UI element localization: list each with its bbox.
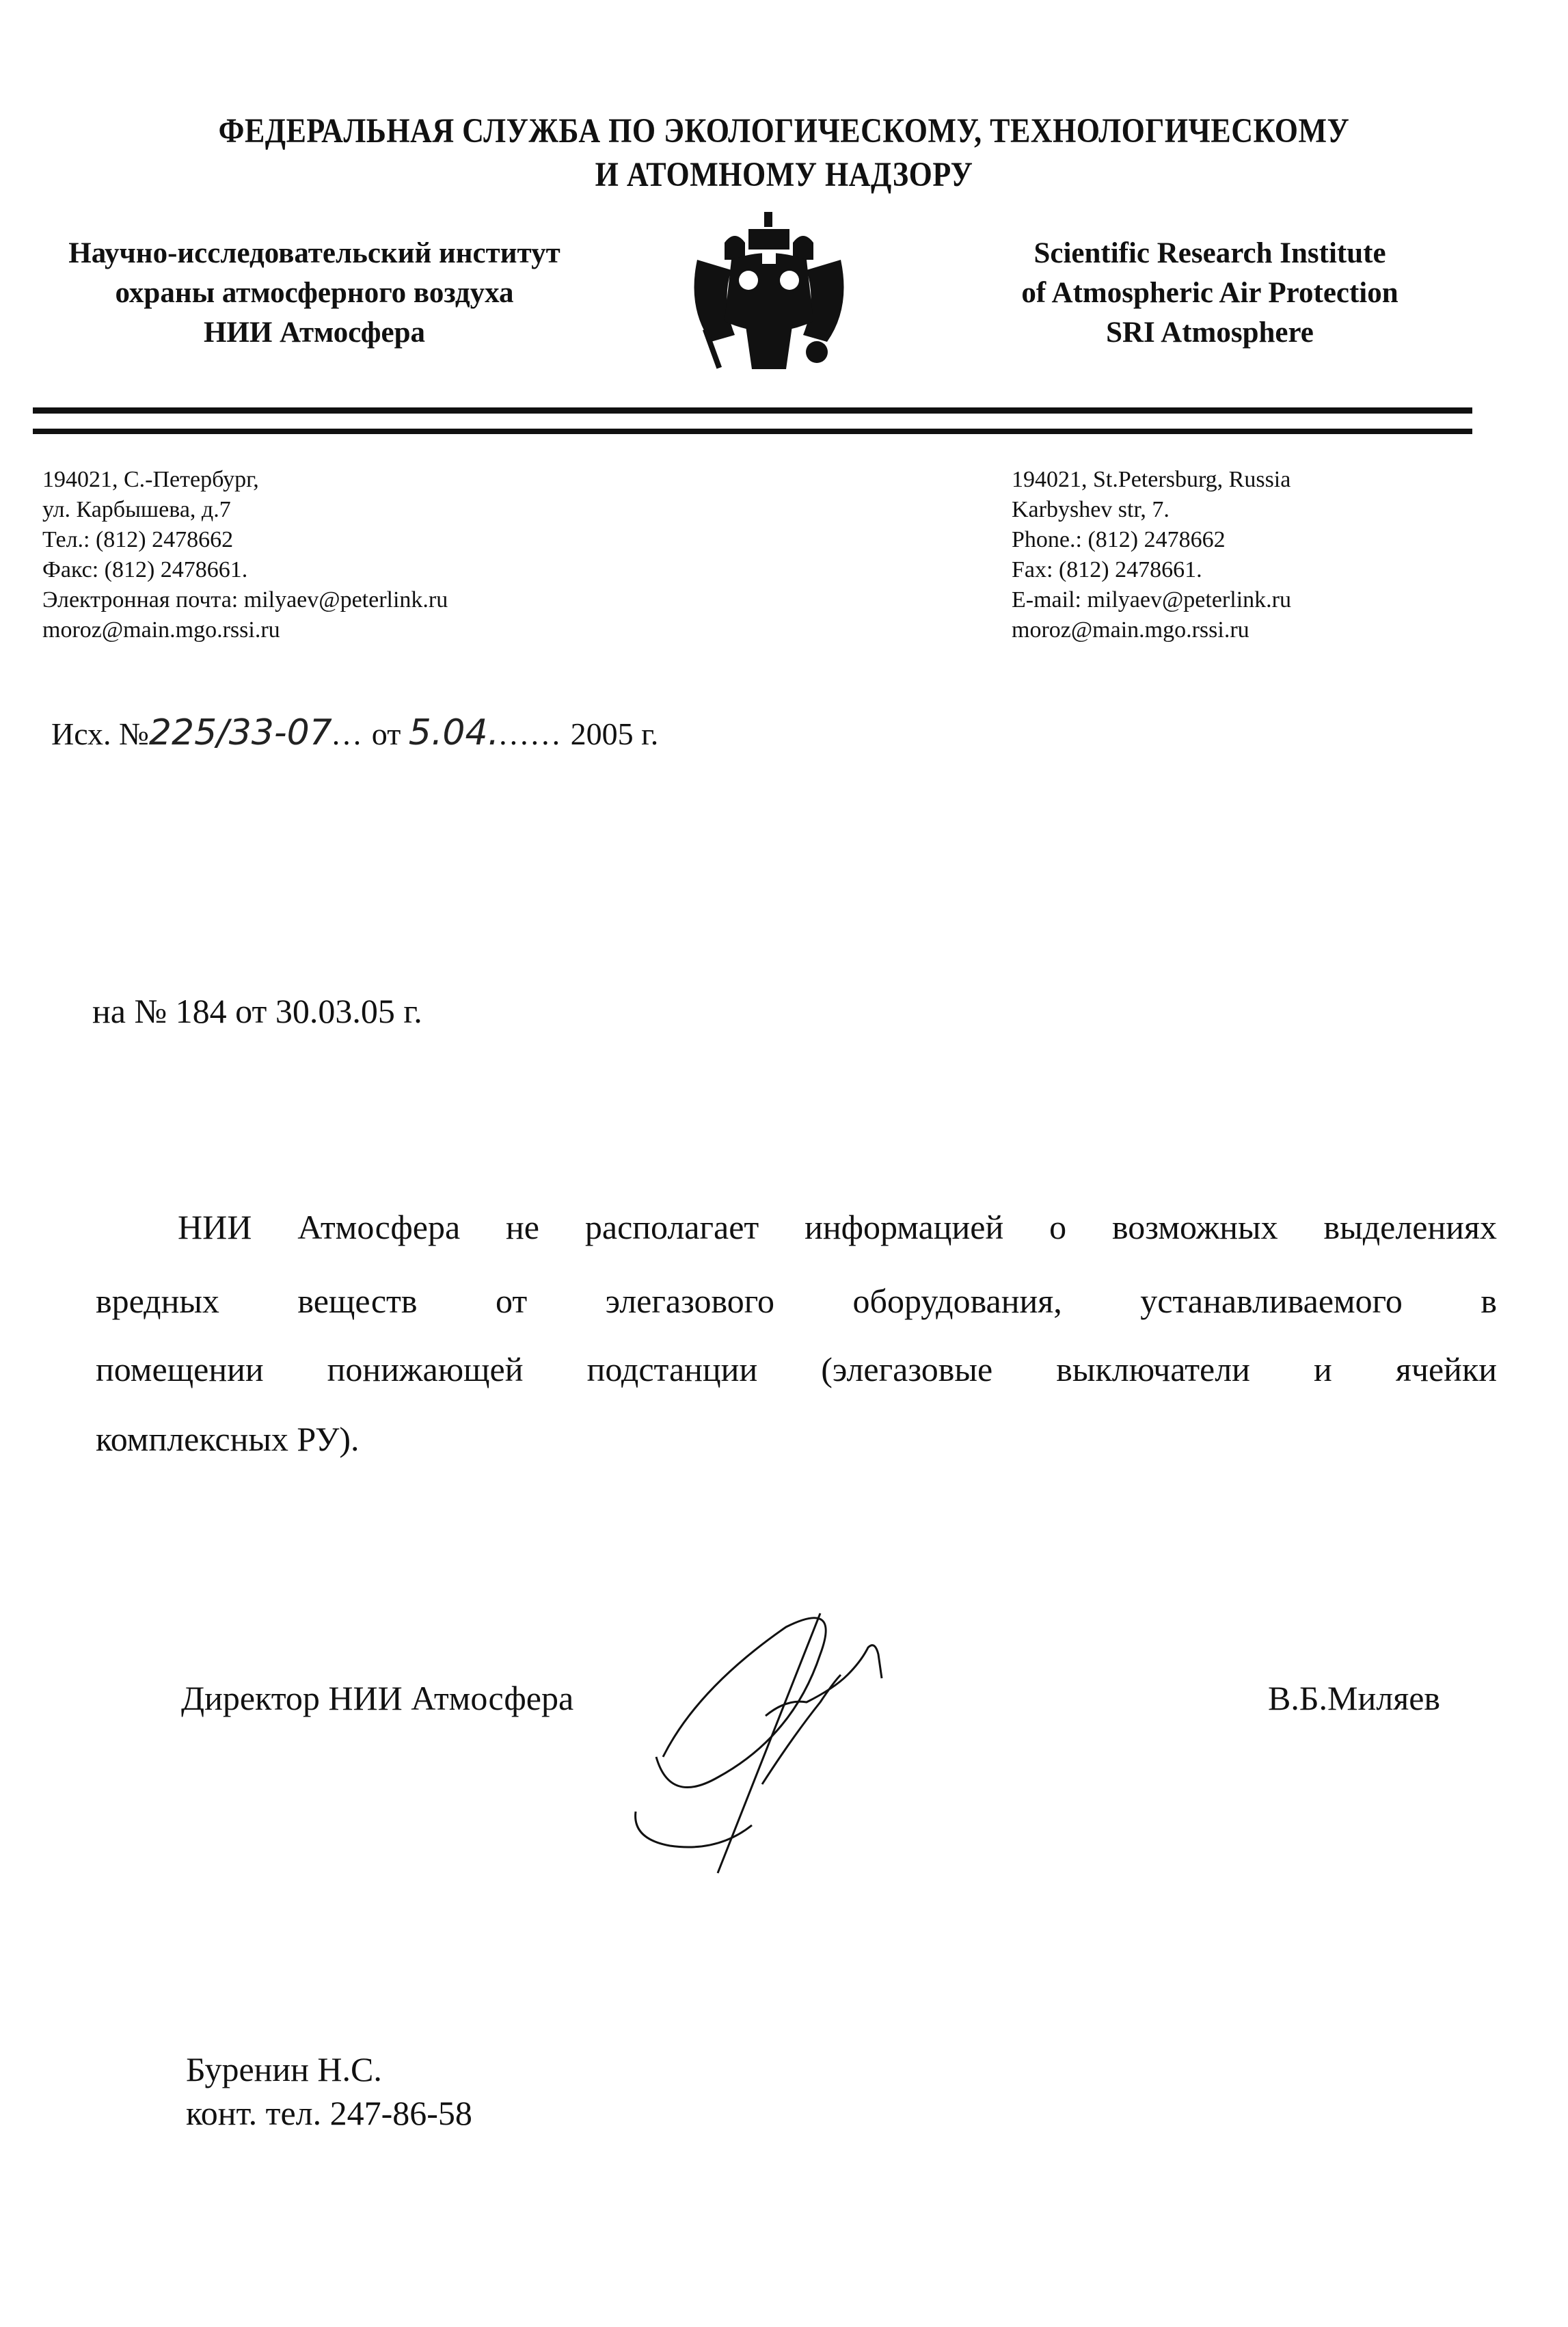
institute-en-line: SRI Atmosphere — [936, 313, 1483, 353]
address-en-line: Fax: (812) 2478661. — [1012, 555, 1531, 585]
address-ru-line: moroz@main.mgo.rssi.ru — [42, 615, 658, 645]
agency-title-line2: И АТОМНОМУ НАДЗОРУ — [0, 158, 1568, 193]
body-line: комплексных РУ). — [96, 1422, 1497, 1456]
header-divider-top — [33, 407, 1472, 414]
address-ru-line: 194021, С.-Петербург, — [42, 465, 658, 495]
address-en-line: moroz@main.mgo.rssi.ru — [1012, 615, 1531, 645]
coat-of-arms-icon — [684, 205, 854, 383]
institute-en-line: of Atmospheric Air Protection — [936, 273, 1483, 313]
agency-title-line1: ФЕДЕРАЛЬНАЯ СЛУЖБА ПО ЭКОЛОГИЧЕСКОМУ, ТЕ… — [0, 114, 1568, 149]
institute-ru-line: охраны атмосферного воздуха — [14, 273, 615, 313]
institute-ru-line: НИИ Атмосфера — [14, 313, 615, 353]
body-line: вредных веществ от элегазового оборудова… — [96, 1284, 1497, 1318]
institute-en-line: Scientific Research Institute — [936, 234, 1483, 273]
address-en-line: E-mail: milyaev@peterlink.ru — [1012, 585, 1531, 615]
institute-name-en: Scientific Research Institute of Atmosph… — [936, 234, 1483, 353]
outgoing-label: Исх. № — [51, 716, 149, 751]
outgoing-number: 225/33-07 — [149, 712, 332, 753]
address-ru-line: Электронная почта: milyaev@peterlink.ru — [42, 585, 658, 615]
reply-reference: на № 184 от 30.03.05 г. — [92, 991, 422, 1031]
address-ru-line: Тел.: (812) 2478662 — [42, 525, 658, 555]
outgoing-year: 2005 г. — [571, 716, 659, 751]
address-en-line: 194021, St.Petersburg, Russia — [1012, 465, 1531, 495]
address-ru: 194021, С.-Петербург, ул. Карбышева, д.7… — [42, 465, 658, 645]
signatory-position: Директор НИИ Атмосфера — [181, 1678, 573, 1718]
outgoing-reference: Исх. №225/33-07... от 5.04....... 2005 г… — [51, 712, 658, 753]
contact-person: Буренин Н.С. — [186, 2047, 472, 2091]
handwritten-signature-icon — [615, 1600, 1135, 1887]
address-en: 194021, St.Petersburg, Russia Karbyshev … — [1012, 465, 1531, 645]
body-line: НИИ Атмосфера не располагает информацией… — [96, 1210, 1497, 1244]
institute-ru-line: Научно-исследовательский институт — [14, 234, 615, 273]
address-en-line: Karbyshev str, 7. — [1012, 495, 1531, 525]
address-ru-line: ул. Карбышева, д.7 — [42, 495, 658, 525]
header-divider-bottom — [33, 429, 1472, 434]
body-line: помещении понижающей подстанции (элегазо… — [96, 1352, 1497, 1386]
address-ru-line: Факс: (812) 2478661. — [42, 555, 658, 585]
contact-phone: конт. тел. 247-86-58 — [186, 2091, 472, 2135]
dotted-fill: ...... — [499, 716, 563, 751]
signatory-name: В.Б.Миляев — [1268, 1678, 1440, 1718]
address-en-line: Phone.: (812) 2478662 — [1012, 525, 1531, 555]
contact-block: Буренин Н.С. конт. тел. 247-86-58 — [186, 2047, 472, 2135]
outgoing-from-label: от — [372, 716, 401, 751]
institute-name-ru: Научно-исследовательский институт охраны… — [14, 234, 615, 353]
outgoing-date: 5.04. — [409, 712, 499, 753]
dotted-fill: ... — [332, 716, 364, 751]
